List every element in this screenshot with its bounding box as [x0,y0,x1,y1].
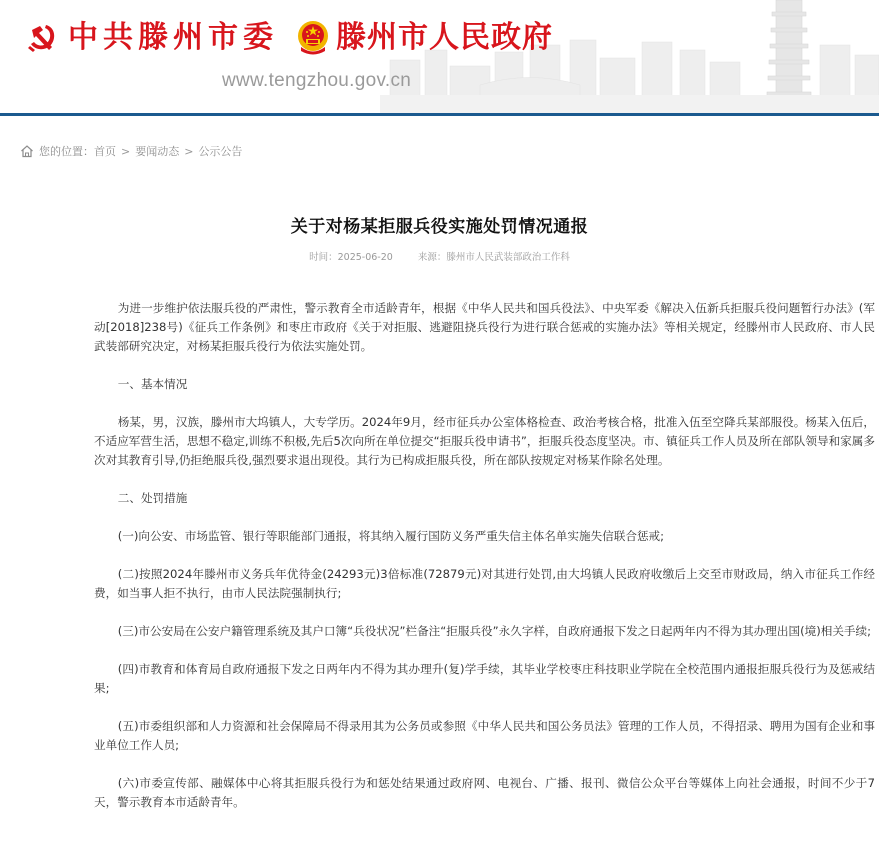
intro-paragraph: 为进一步维护依法服兵役的严肃性，警示教育全市适龄青年，根据《中华人民共和国兵役法… [94,299,875,356]
site-header: 中共滕州市委 滕州市人民政府 www.tengzhou.gov.cn [0,0,879,113]
site-logo[interactable]: 中共滕州市委 滕州市人民政府 [26,18,553,58]
header-divider-bar [0,113,879,116]
breadcrumb-announcements[interactable]: 公示公告 [198,143,242,159]
basic-info-paragraph: 杨某，男，汉族，滕州市大坞镇人，大专学历。2024年9月，经市征兵办公室体格检查… [94,413,875,470]
national-emblem-icon [296,20,330,56]
breadcrumb-news[interactable]: 要闻动态 [135,143,179,159]
article-meta: 时间：2025-06-20 来源：滕州市人民武装部政治工作科 [0,249,879,263]
breadcrumb-home[interactable]: 首页 [94,143,116,159]
party-committee-title: 中共滕州市委 [68,18,278,58]
breadcrumb-separator: > [184,145,193,158]
breadcrumb-label: 您的位置： [39,143,94,159]
article-source: 来源：滕州市人民武装部政治工作科 [418,252,570,263]
breadcrumb-separator: > [121,145,130,158]
article-body: 为进一步维护依法服兵役的严肃性，警示教育全市适龄青年，根据《中华人民共和国兵役法… [94,299,875,831]
penalty-item-5: (五)市委组织部和人力资源和社会保障局不得录用其为公务员或参照《中华人民共和国公… [94,717,875,755]
government-title: 滕州市人民政府 [336,18,553,58]
section-heading-basic-info: 一、基本情况 [94,375,875,394]
penalty-item-3: (三)市公安局在公安户籍管理系统及其户口簿“兵役状况”栏备注“拒服兵役”永久字样… [94,622,875,641]
breadcrumb: 您的位置： 首页 > 要闻动态 > 公示公告 [20,143,242,159]
penalty-item-6: (六)市委宣传部、融媒体中心将其拒服兵役行为和惩处结果通过政府网、电视台、广播、… [94,774,875,812]
site-url: www.tengzhou.gov.cn [222,70,411,92]
section-heading-penalties: 二、处罚措施 [94,489,875,508]
hammer-sickle-icon [26,22,58,54]
penalty-item-2: (二)按照2024年滕州市义务兵年优待金(24293元)3倍标准(72879元)… [94,565,875,603]
publish-time: 时间：2025-06-20 [309,252,393,263]
penalty-item-1: (一)向公安、市场监管、银行等职能部门通报，将其纳入履行国防义务严重失信主体名单… [94,527,875,546]
home-icon [20,144,34,158]
article-title: 关于对杨某拒服兵役实施处罚情况通报 [0,212,879,237]
penalty-item-4: (四)市教育和体育局自政府通报下发之日两年内不得为其办理升(复)学手续，其毕业学… [94,660,875,698]
